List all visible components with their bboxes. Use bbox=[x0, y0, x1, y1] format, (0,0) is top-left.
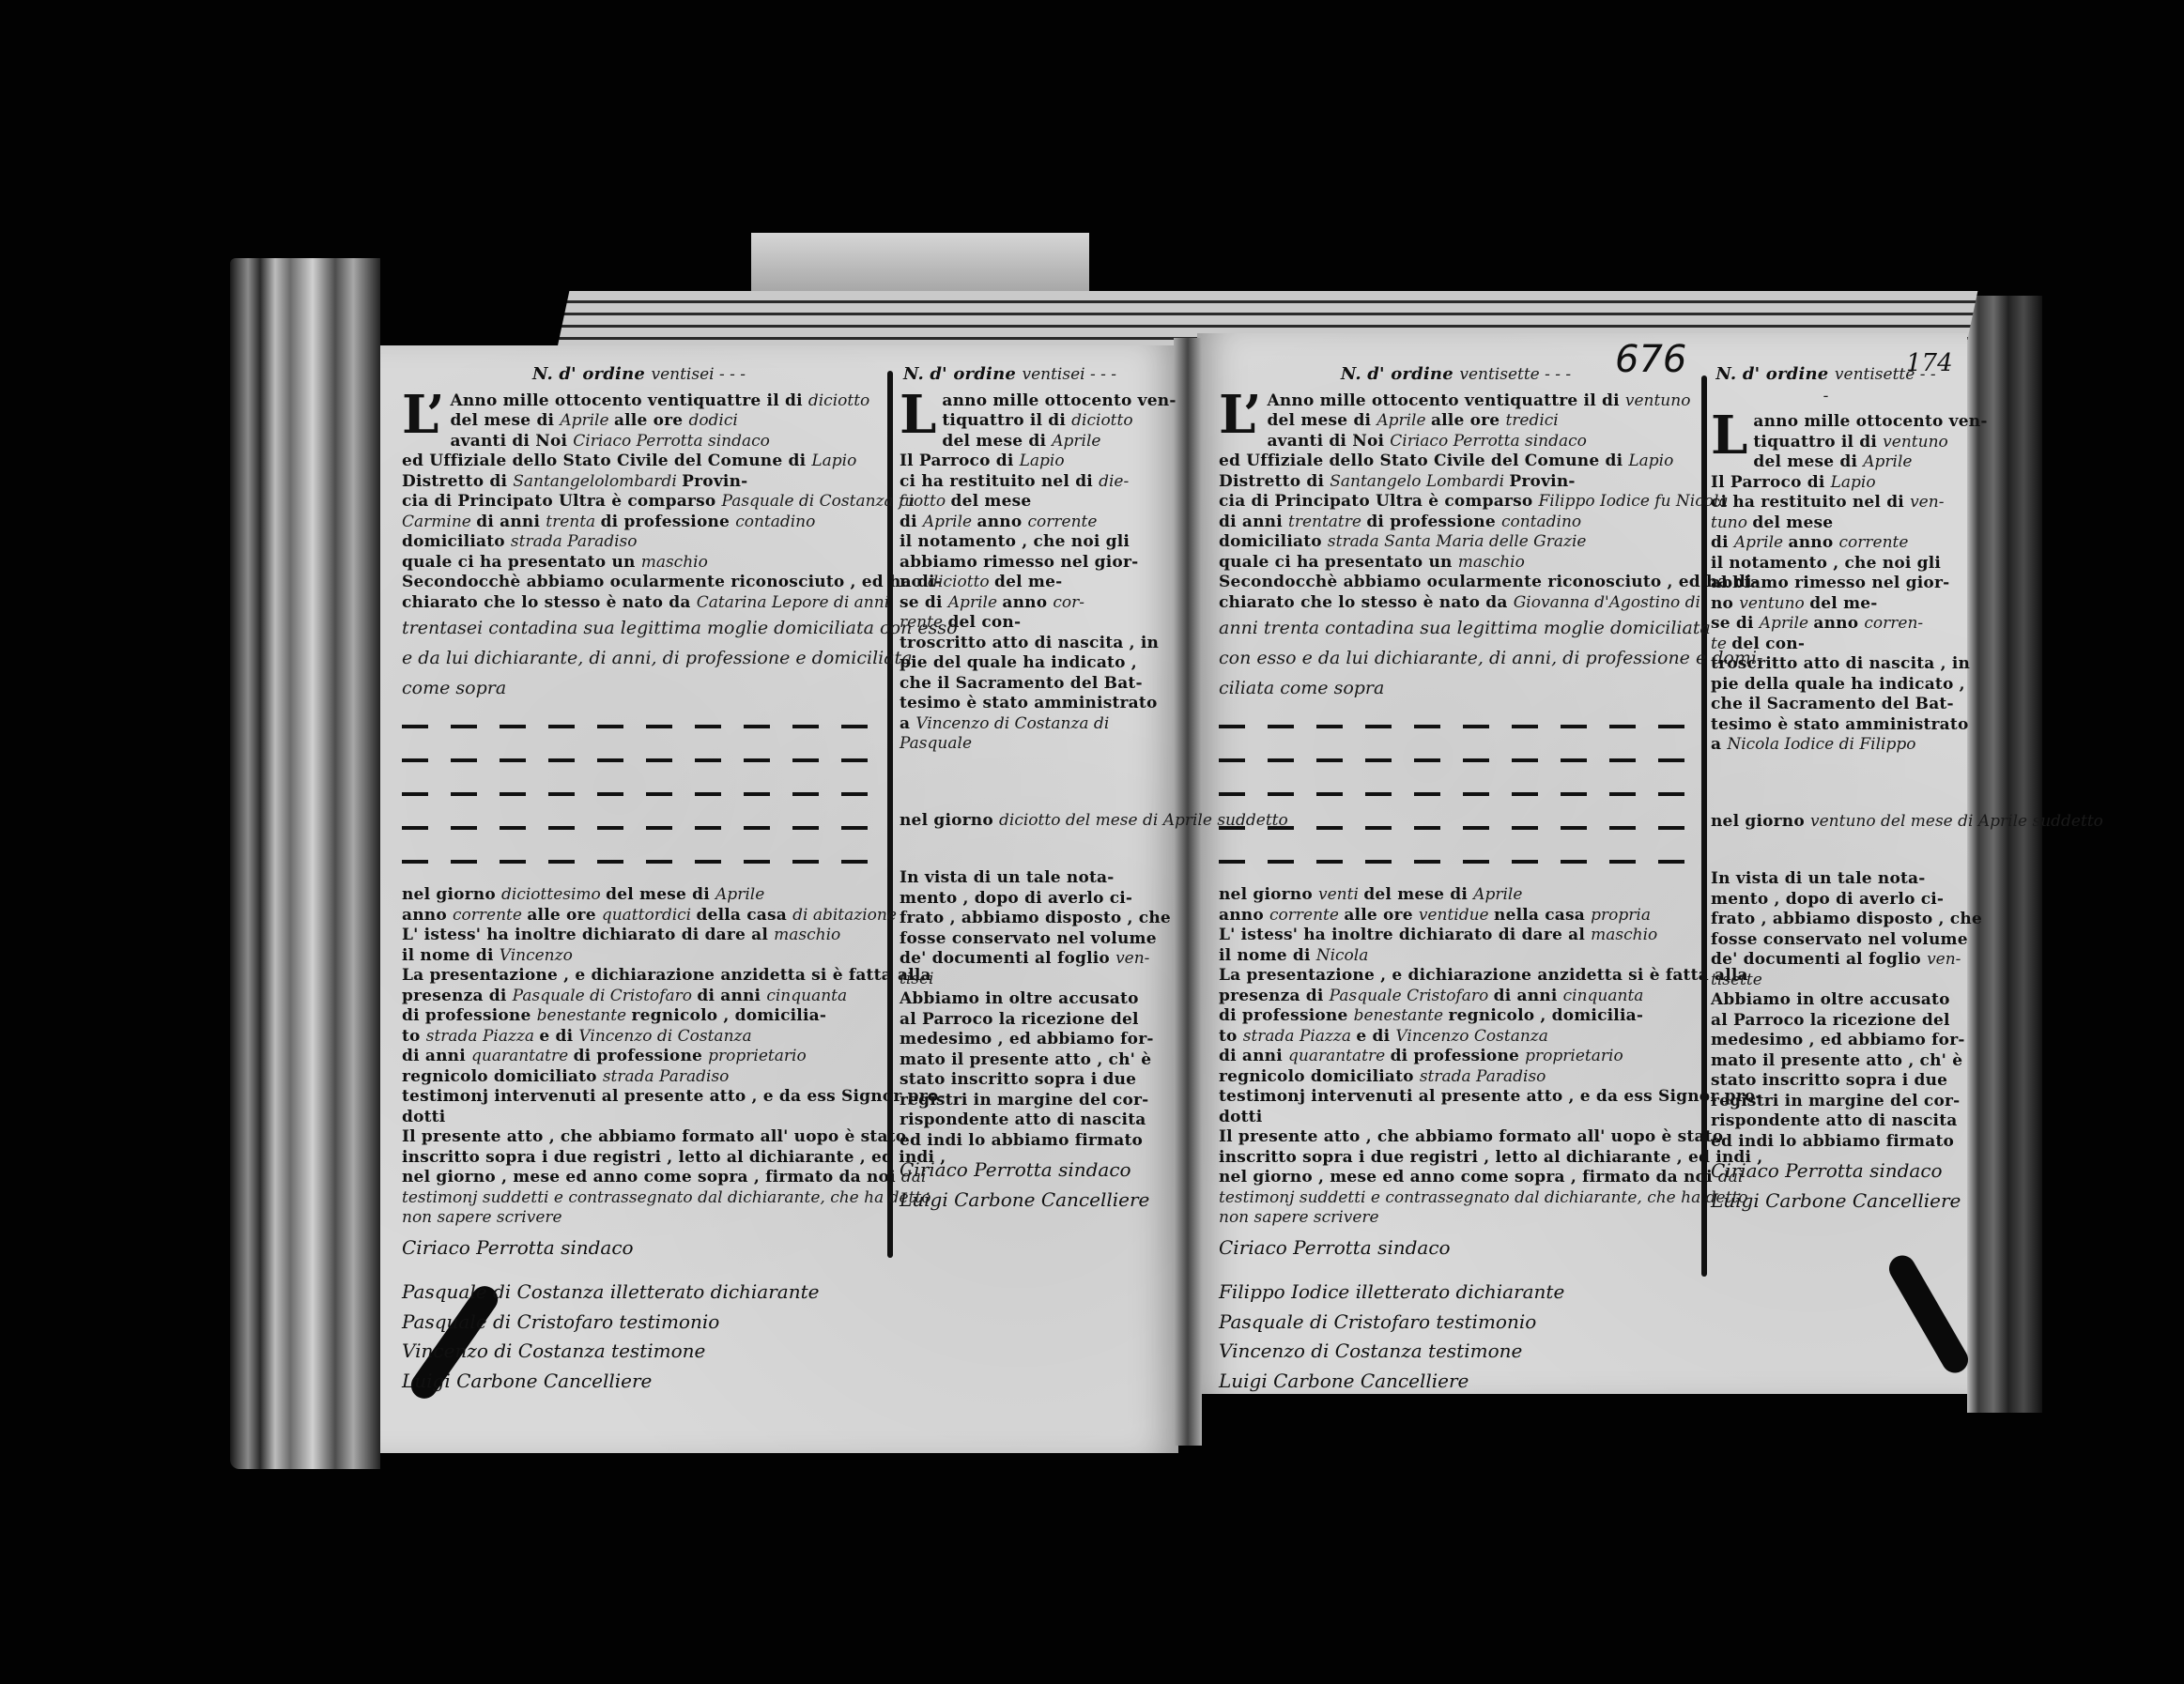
printed-text: medesimo , ed abbiamo for- bbox=[1711, 1031, 1965, 1049]
filler-dash-line bbox=[1219, 784, 1693, 804]
printed-text: pie della quale ha indicato , bbox=[1711, 675, 1965, 694]
handwritten-entry: cinquanta bbox=[766, 987, 847, 1005]
printed-text: anno bbox=[1219, 906, 1269, 925]
text-line: In vista di un tale nota- bbox=[1711, 869, 1941, 890]
handwritten-entry: Aprile bbox=[1760, 614, 1814, 633]
text-line: de' documenti al foglio ven- bbox=[900, 949, 1120, 970]
text-line: il notamento , che noi gli bbox=[1711, 554, 1941, 574]
signature: Pasquale di Cristofaro testimonio bbox=[402, 1312, 876, 1333]
printed-text: dotti bbox=[402, 1108, 445, 1126]
printed-text: di professione bbox=[1366, 513, 1501, 531]
printed-text: quale ci ha presentato un bbox=[1219, 553, 1458, 572]
text-line: La presentazione , e dichiarazione anzid… bbox=[1219, 966, 1693, 987]
text-line: del mese di Aprile alle ore tredici bbox=[1219, 411, 1693, 432]
printed-text: anno bbox=[977, 513, 1028, 531]
text-line: Carmine di anni trenta di professione co… bbox=[402, 513, 876, 533]
text-line: ed Uffiziale dello Stato Civile del Comu… bbox=[402, 452, 876, 472]
printed-text: avanti di Noi bbox=[450, 432, 573, 451]
printed-text: nel giorno bbox=[1219, 885, 1318, 904]
printed-text: e di bbox=[1356, 1027, 1395, 1046]
printed-text: troscritto atto di nascita , in bbox=[900, 634, 1159, 652]
text-line: Anno mille ottocento ventiquattre il di … bbox=[1219, 391, 1693, 412]
text-line: il nome di Nicola bbox=[1219, 946, 1693, 967]
handwritten-entry: Vincenzo di Costanza di bbox=[915, 714, 1109, 733]
signature: Pasquale di Costanza illetterato dichiar… bbox=[402, 1282, 876, 1303]
printed-text: testimonj intervenuti al presente atto ,… bbox=[402, 1087, 946, 1106]
text-line: stato inscritto sopra i due bbox=[1711, 1071, 1941, 1092]
printed-text: Provin- bbox=[682, 472, 747, 491]
handwritten-entry: Aprile bbox=[560, 411, 614, 430]
printed-text: ci ha restituito nel di bbox=[1711, 493, 1910, 512]
printed-text: Distretto di bbox=[1219, 472, 1330, 491]
printed-text: frato , abbiamo disposto , che bbox=[900, 909, 1171, 927]
printed-text: chiarato che lo stesso è nato da bbox=[1219, 593, 1514, 612]
right-baptism-note: N. d' ordine ventisette - - - Lanno mill… bbox=[1711, 364, 1941, 1211]
handwritten-entry: strada Santa Maria delle Grazie bbox=[1328, 532, 1587, 551]
handwritten-entry: strada Paradiso bbox=[511, 532, 638, 551]
handwritten-entry: Ciriaco Perrotta sindaco bbox=[1390, 432, 1587, 451]
handwritten-entry: Carmine bbox=[402, 513, 476, 531]
text-line: testimonj intervenuti al presente atto ,… bbox=[402, 1087, 876, 1108]
text-line: se di Aprile anno cor- bbox=[900, 593, 1120, 614]
text-line: dotti bbox=[402, 1108, 876, 1128]
text-line: tesimo è stato amministrato bbox=[1711, 715, 1941, 736]
handwritten-entry: Lapio bbox=[1020, 452, 1065, 470]
printed-text: a bbox=[1711, 735, 1727, 754]
signature: Ciriaco Perrotta sindaco bbox=[1711, 1161, 1941, 1182]
printed-text: Il presente atto , che abbiamo formato a… bbox=[402, 1127, 906, 1146]
printed-text: ci ha restituito nel di bbox=[900, 472, 1099, 491]
printed-text: ed indi lo abbiamo firmato bbox=[900, 1131, 1143, 1150]
handwritten-entry: Aprile bbox=[948, 593, 1003, 612]
printed-text: dotti bbox=[1219, 1108, 1262, 1126]
printed-text: nel giorno bbox=[900, 811, 999, 830]
handwritten-line: testimonj suddetti e contrassegnato dal … bbox=[402, 1188, 876, 1209]
text-line: de' documenti al foglio ven- bbox=[1711, 950, 1941, 971]
text-line: chiarato che lo stesso è nato da Catarin… bbox=[402, 593, 876, 614]
right-birth-act: N. d' ordine ventisette - - - L’Anno mil… bbox=[1219, 364, 1693, 1391]
text-line: ed indi lo abbiamo firmato bbox=[1711, 1132, 1941, 1153]
text-line: mato il presente atto , ch' è bbox=[900, 1050, 1120, 1071]
handwritten-entry: Aprile bbox=[923, 513, 977, 531]
printed-text: del me- bbox=[994, 573, 1062, 591]
printed-text: Il presente atto , che abbiamo formato a… bbox=[1219, 1127, 1723, 1146]
printed-text: abbiamo rimesso nel gior- bbox=[1711, 574, 1949, 592]
text-line: cia di Principato Ultra è comparso Pasqu… bbox=[402, 492, 876, 513]
printed-text: mato il presente atto , ch' è bbox=[900, 1050, 1151, 1069]
handwritten-line: non sapere scrivere bbox=[1219, 1208, 1693, 1229]
printed-text: stato inscritto sopra i due bbox=[1711, 1071, 1947, 1090]
handwritten-entry: tisei bbox=[900, 970, 934, 988]
printed-text: regnicolo , domicilia- bbox=[1449, 1006, 1644, 1025]
handwritten-entry: proprietario bbox=[1525, 1047, 1623, 1065]
text-line: tisette bbox=[1711, 971, 1941, 991]
handwritten-line: con esso e da lui dichiarante, di anni, … bbox=[1219, 643, 1693, 673]
printed-text: mento , dopo di averlo ci- bbox=[900, 889, 1132, 908]
printed-text: di anni bbox=[1219, 513, 1288, 531]
drop-cap: L’ bbox=[1219, 393, 1261, 436]
text-line: fosse conservato nel volume bbox=[1711, 930, 1941, 951]
signature: Ciriaco Perrotta sindaco bbox=[1219, 1238, 1693, 1259]
handwritten-entry: tredici bbox=[1505, 411, 1558, 430]
printed-text: fosse conservato nel volume bbox=[1711, 930, 1968, 949]
text-line: to strada Piazza e di Vincenzo di Costan… bbox=[402, 1027, 876, 1048]
printed-text: anno bbox=[1002, 593, 1053, 612]
printed-text: di anni bbox=[402, 1047, 471, 1065]
printed-text: nel giorno , mese ed anno come sopra , f… bbox=[402, 1168, 901, 1186]
printed-text: Abbiamo in oltre accusato bbox=[1711, 990, 1950, 1009]
text-line: frato , abbiamo disposto , che bbox=[1711, 910, 1941, 930]
printed-text: tiquattro il di bbox=[1753, 433, 1883, 452]
text-line: nel giorno venti del mese di Aprile bbox=[1219, 885, 1693, 906]
text-line: Il presente atto , che abbiamo formato a… bbox=[402, 1127, 876, 1148]
text-line: quale ci ha presentato un maschio bbox=[1219, 553, 1693, 574]
handwritten-entry: strada Paradiso bbox=[1420, 1067, 1546, 1086]
text-line: se di Aprile anno corren- bbox=[1711, 614, 1941, 635]
record-number-heading: N. d' ordine ventisette - - - bbox=[1219, 364, 1693, 386]
printed-text: Secondocchè abbiamo ocularmente riconosc… bbox=[402, 573, 942, 591]
signature: Vincenzo di Costanza testimone bbox=[1219, 1341, 1693, 1362]
printed-text: La presentazione , e dichiarazione anzid… bbox=[402, 966, 931, 985]
printed-text: anno bbox=[1789, 533, 1839, 552]
handwritten-entry: dodici bbox=[688, 411, 737, 430]
handwritten-entry: diciotto bbox=[1071, 411, 1132, 430]
printed-text: rispondente atto di nascita bbox=[1711, 1111, 1957, 1130]
text-line: nel giorno diciottesimo del mese di Apri… bbox=[402, 885, 876, 906]
printed-text: Anno mille ottocento ventiquattre il di bbox=[1267, 391, 1624, 410]
heading-value: ventisette - - - bbox=[1459, 365, 1571, 384]
handwritten-entry: maschio bbox=[774, 926, 840, 944]
printed-text: Il Parroco di bbox=[900, 452, 1020, 470]
printed-text: di anni bbox=[476, 513, 546, 531]
printed-text: al Parroco la ricezione del bbox=[1711, 1011, 1950, 1030]
printed-text: cia di Principato Ultra è comparso bbox=[1219, 492, 1539, 511]
text-line: quale ci ha presentato un maschio bbox=[402, 553, 876, 574]
text-line: Secondocchè abbiamo ocularmente riconosc… bbox=[402, 573, 876, 593]
printed-text: In vista di un tale nota- bbox=[1711, 869, 1926, 888]
text-line: di anni quarantatre di professione propr… bbox=[1219, 1047, 1693, 1067]
printed-text: testimonj intervenuti al presente atto ,… bbox=[1219, 1087, 1762, 1106]
handwritten-entry: Pasquale bbox=[900, 734, 972, 753]
text-line: nel giorno , mese ed anno come sopra , f… bbox=[402, 1168, 876, 1188]
text-line: Il presente atto , che abbiamo formato a… bbox=[1219, 1127, 1693, 1148]
text-line: In vista di un tale nota- bbox=[900, 868, 1120, 889]
printed-text: che il Sacramento del Bat- bbox=[900, 674, 1143, 693]
handwritten-line: non sapere scrivere bbox=[402, 1208, 876, 1229]
filler-dash-line bbox=[1219, 750, 1693, 771]
handwritten-entry: trentatre bbox=[1288, 513, 1366, 531]
printed-text: Secondocchè abbiamo ocularmente riconosc… bbox=[1219, 573, 1759, 591]
text-line: presenza di Pasquale Cristofaro di anni … bbox=[1219, 987, 1693, 1007]
handwritten-entry: corren- bbox=[1864, 614, 1923, 633]
text-line: ed indi lo abbiamo firmato bbox=[900, 1131, 1120, 1152]
printed-text: domiciliato bbox=[1219, 532, 1328, 551]
filler-dash-line bbox=[402, 750, 876, 771]
printed-text: alle ore bbox=[614, 411, 689, 430]
printed-text: al Parroco la ricezione del bbox=[900, 1010, 1139, 1029]
text-line: che il Sacramento del Bat- bbox=[900, 674, 1120, 695]
filler-dash-line bbox=[402, 784, 876, 804]
handwritten-entry: Aprile bbox=[715, 885, 764, 904]
text-line: fosse conservato nel volume bbox=[900, 929, 1120, 950]
printed-text: to bbox=[1219, 1027, 1243, 1046]
handwritten-entry: ventuno bbox=[1883, 433, 1948, 452]
text-line: La presentazione , e dichiarazione anzid… bbox=[402, 966, 876, 987]
text-line: Il Parroco di Lapio bbox=[900, 452, 1120, 472]
handwritten-entry: corrente bbox=[1839, 533, 1909, 552]
spacer bbox=[1711, 832, 1941, 869]
signature: Luigi Carbone Cancelliere bbox=[402, 1371, 876, 1392]
handwritten-entry: strada Piazza bbox=[1243, 1027, 1357, 1046]
printed-text: La presentazione , e dichiarazione anzid… bbox=[1219, 966, 1748, 985]
printed-text: nel giorno bbox=[1711, 812, 1810, 831]
text-line: Distretto di Santangelolombardi Provin- bbox=[402, 472, 876, 493]
text-line: stato inscritto sopra i due bbox=[900, 1070, 1120, 1091]
handwritten-entry: ven- bbox=[1115, 949, 1149, 968]
filler-dash-line bbox=[402, 818, 876, 838]
handwritten-entry: strada Piazza bbox=[426, 1027, 540, 1046]
handwritten-entry: di abitazione bbox=[792, 906, 897, 925]
handwritten-entry: ventidue bbox=[1419, 906, 1494, 925]
handwritten-entry: ciotto bbox=[900, 492, 951, 511]
text-line: mato il presente atto , ch' è bbox=[1711, 1051, 1941, 1072]
printed-text: no bbox=[1711, 594, 1739, 613]
printed-text: ed Uffiziale dello Stato Civile del Comu… bbox=[402, 452, 811, 470]
printed-text: tesimo è stato amministrato bbox=[1711, 715, 1968, 734]
handwritten-entry: corrente bbox=[1028, 513, 1098, 531]
text-line: al Parroco la ricezione del bbox=[1711, 1011, 1941, 1032]
printed-text: del mese bbox=[1752, 513, 1833, 532]
printed-text: e di bbox=[539, 1027, 578, 1046]
left-baptism-note: N. d' ordine ventisei - - - Lanno mille … bbox=[900, 364, 1120, 1210]
handwritten-entry: Lapio bbox=[1628, 452, 1673, 470]
text-line: al Parroco la ricezione del bbox=[900, 1010, 1120, 1031]
printed-text: del con- bbox=[947, 613, 1021, 632]
signature: Luigi Carbone Cancelliere bbox=[1219, 1371, 1693, 1392]
left-birth-act: N. d' ordine ventisei - - - L’Anno mille… bbox=[402, 364, 876, 1391]
handwritten-entry: Nicola bbox=[1316, 946, 1369, 965]
printed-text: domiciliato bbox=[402, 532, 511, 551]
handwritten-entry: Pasquale Cristofaro bbox=[1330, 987, 1494, 1005]
text-line: presenza di Pasquale di Cristofaro di an… bbox=[402, 987, 876, 1007]
text-line: di anni quarantatre di professione propr… bbox=[402, 1047, 876, 1067]
printed-text: Provin- bbox=[1509, 472, 1575, 491]
printed-text: regnicolo domiciliato bbox=[1219, 1067, 1420, 1086]
text-line: anno corrente alle ore ventidue nella ca… bbox=[1219, 906, 1693, 926]
handwritten-entry: Aprile bbox=[1052, 432, 1100, 451]
printed-text: del con- bbox=[1731, 635, 1805, 653]
printed-text: inscritto sopra i due registri , letto a… bbox=[402, 1148, 946, 1167]
handwritten-entry: quarantatre bbox=[1288, 1047, 1391, 1065]
handwritten-entry: ventuno del mese di Aprile suddetto bbox=[1810, 812, 2103, 831]
text-line: testimonj intervenuti al presente atto ,… bbox=[1219, 1087, 1693, 1108]
text-line: domiciliato strada Paradiso bbox=[402, 532, 876, 553]
printed-text: anno bbox=[402, 906, 453, 925]
printed-text: troscritto atto di nascita , in bbox=[1711, 654, 1970, 673]
printed-text: di bbox=[1711, 533, 1734, 552]
handwritten-line: trentasei contadina sua legittima moglie… bbox=[402, 613, 876, 643]
text-line: mento , dopo di averlo ci- bbox=[1711, 890, 1941, 911]
text-line: Secondocchè abbiamo ocularmente riconosc… bbox=[1219, 573, 1693, 593]
text-line: Il Parroco di Lapio bbox=[1711, 473, 1941, 494]
text-line: di professione benestante regnicolo , do… bbox=[1219, 1006, 1693, 1027]
printed-text: mento , dopo di averlo ci- bbox=[1711, 890, 1944, 909]
filler-dash-line bbox=[1219, 818, 1693, 838]
handwritten-entry: strada Paradiso bbox=[603, 1067, 730, 1086]
text-line: to strada Piazza e di Vincenzo Costanza bbox=[1219, 1027, 1693, 1048]
handwritten-entry: corrente bbox=[1269, 906, 1344, 925]
heading-label: N. d' ordine bbox=[1715, 364, 1835, 384]
printed-text: di professione bbox=[574, 1047, 709, 1065]
printed-text: stato inscritto sopra i due bbox=[900, 1070, 1136, 1089]
printed-text: di bbox=[900, 513, 923, 531]
handwritten-entry: diciotto bbox=[928, 573, 994, 591]
printed-text: del mese di bbox=[1363, 885, 1473, 904]
text-line: di professione benestante regnicolo , do… bbox=[402, 1006, 876, 1027]
printed-text: della casa bbox=[697, 906, 793, 925]
heading-label: N. d' ordine bbox=[1341, 364, 1460, 384]
heading-label: N. d' ordine bbox=[532, 364, 652, 384]
text-line: Abbiamo in oltre accusato bbox=[900, 989, 1120, 1010]
text-line: troscritto atto di nascita , in bbox=[900, 634, 1120, 654]
text-line: tuno del mese bbox=[1711, 513, 1941, 534]
handwritten-entry: Santangelo Lombardi bbox=[1330, 472, 1509, 491]
handwritten-entry: maschio bbox=[1591, 926, 1657, 944]
spacer bbox=[900, 755, 1120, 811]
printed-text: ed Uffiziale dello Stato Civile del Comu… bbox=[1219, 452, 1628, 470]
printed-text: a bbox=[900, 714, 915, 733]
handwritten-entry: Pasquale di Costanza fu bbox=[722, 492, 915, 511]
handwritten-entry: benestante bbox=[1354, 1006, 1449, 1025]
signature: Vincenzo di Costanza testimone bbox=[402, 1341, 876, 1362]
printed-text: regnicolo , domicilia- bbox=[632, 1006, 827, 1025]
handwritten-entry: Catarina Lepore di anni bbox=[697, 593, 889, 612]
handwritten-entry: diciottesimo bbox=[501, 885, 606, 904]
text-line: anno corrente alle ore quattordici della… bbox=[402, 906, 876, 926]
text-line: il nome di Vincenzo bbox=[402, 946, 876, 967]
printed-text: del mese di bbox=[942, 432, 1052, 451]
handwritten-entry: corrente bbox=[453, 906, 527, 925]
handwritten-entry: quarantatre bbox=[471, 1047, 574, 1065]
printed-text: alle ore bbox=[1431, 411, 1506, 430]
text-line: pie della quale ha indicato , bbox=[1711, 675, 1941, 696]
printed-text: frato , abbiamo disposto , che bbox=[1711, 910, 1982, 928]
printed-text: il notamento , che noi gli bbox=[900, 532, 1130, 551]
text-line: che il Sacramento del Bat- bbox=[1711, 695, 1941, 715]
handwritten-entry: ventuno bbox=[1625, 391, 1691, 410]
printed-text: del mese di bbox=[450, 411, 560, 430]
handwritten-entry: ven- bbox=[1927, 950, 1961, 969]
handwritten-entry: cor- bbox=[1053, 593, 1084, 612]
text-line: ed Uffiziale dello Stato Civile del Comu… bbox=[1219, 452, 1693, 472]
text-line: no diciotto del me- bbox=[900, 573, 1120, 593]
handwritten-entry: diciotto bbox=[808, 391, 869, 410]
text-line: te del con- bbox=[1711, 635, 1941, 655]
text-line: frato , abbiamo disposto , che bbox=[900, 909, 1120, 929]
text-line: chiarato che lo stesso è nato da Giovann… bbox=[1219, 593, 1693, 614]
drop-cap: L’ bbox=[402, 393, 444, 436]
handwritten-entry: venti bbox=[1318, 885, 1363, 904]
filler-dash-line bbox=[1219, 716, 1693, 737]
printed-text: del mese di bbox=[606, 885, 715, 904]
printed-text: Distretto di bbox=[402, 472, 513, 491]
text-line: avanti di Noi Ciriaco Perrotta sindaco bbox=[402, 432, 876, 452]
filler-dash-line bbox=[402, 716, 876, 737]
printed-text: di anni bbox=[697, 987, 766, 1005]
printed-text: alle ore bbox=[1344, 906, 1419, 925]
printed-text: L' istess' ha inoltre dichiarato di dare… bbox=[1219, 926, 1591, 944]
text-line: cia di Principato Ultra è comparso Filip… bbox=[1219, 492, 1693, 513]
text-line: nel giorno , mese ed anno come sopra , f… bbox=[1219, 1168, 1693, 1188]
handwritten-entry: quattordici bbox=[602, 906, 697, 925]
text-line: inscritto sopra i due registri , letto a… bbox=[402, 1148, 876, 1169]
text-line: di anni trentatre di professione contadi… bbox=[1219, 513, 1693, 533]
handwritten-entry: Aprile bbox=[1734, 533, 1789, 552]
handwritten-entry: Nicola Iodice di Filippo bbox=[1727, 735, 1915, 754]
drop-cap: L bbox=[1711, 414, 1747, 457]
printed-text: di anni bbox=[1219, 1047, 1288, 1065]
printed-text: avanti di Noi bbox=[1267, 432, 1390, 451]
signature: Ciriaco Perrotta sindaco bbox=[402, 1238, 876, 1259]
signature: Ciriaco Perrotta sindaco bbox=[900, 1160, 1120, 1181]
handwritten-entry: Aprile bbox=[1863, 452, 1912, 471]
printed-text: del me- bbox=[1809, 594, 1877, 613]
printed-text: nella casa bbox=[1494, 906, 1591, 925]
text-line: di Aprile anno corrente bbox=[1711, 533, 1941, 554]
book-edge-left bbox=[230, 258, 380, 1469]
printed-text: di professione bbox=[402, 1006, 537, 1025]
handwritten-entry: Vincenzo di Costanza bbox=[578, 1027, 751, 1046]
text-line: registri in margine del cor- bbox=[900, 1091, 1120, 1111]
text-line: mento , dopo di averlo ci- bbox=[900, 889, 1120, 910]
text-line: ciotto del mese bbox=[900, 492, 1120, 513]
printed-text: il nome di bbox=[1219, 946, 1316, 965]
text-line: nel giorno ventuno del mese di Aprile su… bbox=[1711, 812, 1941, 833]
text-line: tisei bbox=[900, 970, 1120, 990]
text-line: rispondente atto di nascita bbox=[1711, 1111, 1941, 1132]
handwritten-line: e da lui dichiarante, di anni, di profes… bbox=[402, 643, 876, 673]
book-gutter bbox=[1174, 338, 1202, 1446]
heading-label: N. d' ordine bbox=[903, 364, 1023, 384]
text-line: a Vincenzo di Costanza di bbox=[900, 714, 1120, 735]
text-line: inscritto sopra i due registri , letto a… bbox=[1219, 1148, 1693, 1169]
printed-text: di professione bbox=[601, 513, 736, 531]
handwritten-line: testimonj suddetti e contrassegnato dal … bbox=[1219, 1188, 1693, 1209]
handwritten-line: come sopra bbox=[402, 673, 876, 703]
printed-text: di professione bbox=[1219, 1006, 1354, 1025]
signature: Filippo Iodice illetterato dichiarante bbox=[1219, 1282, 1693, 1303]
text-line: regnicolo domiciliato strada Paradiso bbox=[1219, 1067, 1693, 1088]
scan-viewer: 676 174 N. d' ordine ventisei - - - L’An… bbox=[0, 0, 2184, 1684]
text-line: registri in margine del cor- bbox=[1711, 1092, 1941, 1112]
text-line: rente del con- bbox=[900, 613, 1120, 634]
spacer bbox=[900, 831, 1120, 868]
text-line: L' istess' ha inoltre dichiarato di dare… bbox=[402, 926, 876, 946]
signature: Luigi Carbone Cancelliere bbox=[1711, 1191, 1941, 1212]
text-line: Anno mille ottocento ventiquattre il di … bbox=[402, 391, 876, 412]
handwritten-entry: cinquanta bbox=[1563, 987, 1644, 1005]
printed-text: anno mille ottocento ven- bbox=[942, 391, 1176, 410]
handwritten-entry: Giovanna d'Agostino di bbox=[1514, 593, 1700, 612]
book-edge-right bbox=[1967, 296, 2042, 1413]
printed-text: ed indi lo abbiamo firmato bbox=[1711, 1132, 1954, 1151]
printed-text: cia di Principato Ultra è comparso bbox=[402, 492, 722, 511]
text-line: pie del quale ha indicato , bbox=[900, 653, 1120, 674]
handwritten-entry: ven- bbox=[1910, 493, 1944, 512]
printed-text: de' documenti al foglio bbox=[900, 949, 1115, 968]
handwritten-line: anni trenta contadina sua legittima mogl… bbox=[1219, 613, 1693, 643]
handwritten-entry: Aprile bbox=[1377, 411, 1431, 430]
